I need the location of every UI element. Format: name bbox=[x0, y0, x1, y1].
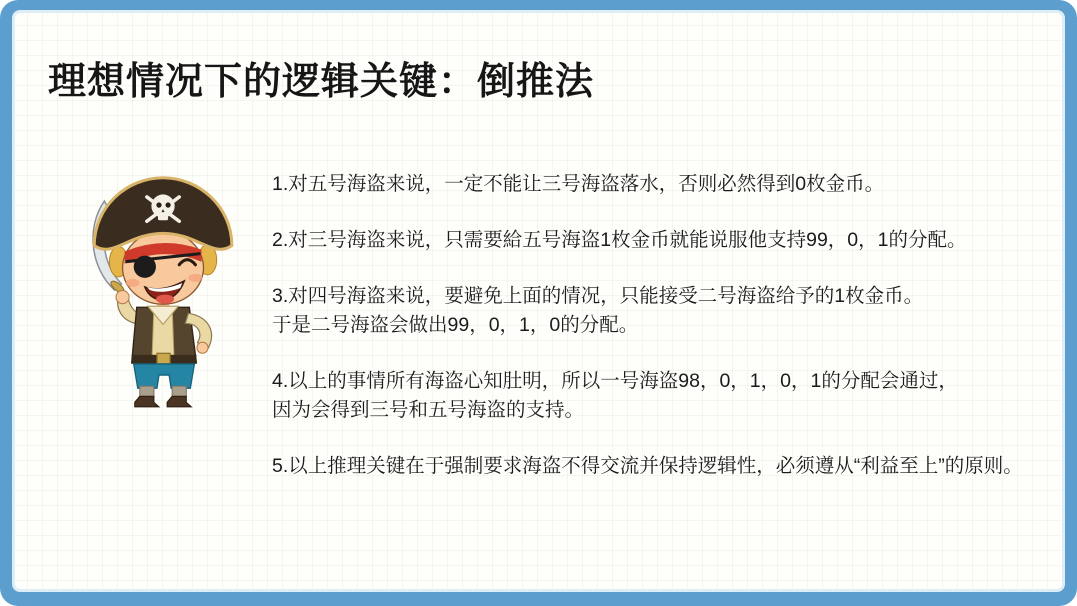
point-5-line-1: 5.以上推理关键在于强制要求海盗不得交流并保持逻辑性，必须遵从“利益至上”的原则… bbox=[272, 452, 1047, 481]
slide-border-frame: 理想情况下的逻辑关键：倒推法 bbox=[0, 0, 1077, 606]
point-2-line-1: 2.对三号海盗来说，只需要給五号海盗1枚金币就能说服他支持99，0，1的分配。 bbox=[272, 226, 1047, 255]
point-1-line-1: 1.对五号海盗来说，一定不能让三号海盗落水，否则必然得到0枚金币。 bbox=[272, 170, 1047, 199]
point-5: 5.以上推理关键在于强制要求海盗不得交流并保持逻辑性，必须遵从“利益至上”的原则… bbox=[272, 452, 1047, 481]
point-4-line-1: 4.以上的事情所有海盗心知肚明，所以一号海盗98，0，1，0，1的分配会通过， bbox=[272, 367, 1047, 396]
slide: 理想情况下的逻辑关键：倒推法 bbox=[0, 0, 1077, 606]
point-2: 2.对三号海盗来说，只需要給五号海盗1枚金币就能说服他支持99，0，1的分配。 bbox=[272, 226, 1047, 255]
point-3-line-2: 于是二号海盗会做出99，0，1，0的分配。 bbox=[272, 311, 1047, 340]
points-list: 1.对五号海盗来说，一定不能让三号海盗落水，否则必然得到0枚金币。 2.对三号海… bbox=[272, 170, 1047, 481]
point-1: 1.对五号海盗来说，一定不能让三号海盗落水，否则必然得到0枚金币。 bbox=[272, 170, 1047, 199]
point-4-line-2: 因为会得到三号和五号海盗的支持。 bbox=[272, 396, 1047, 425]
point-4: 4.以上的事情所有海盗心知肚明，所以一号海盗98，0，1，0，1的分配会通过， … bbox=[272, 367, 1047, 425]
slide-canvas: 理想情况下的逻辑关键：倒推法 bbox=[12, 10, 1065, 592]
point-3-line-1: 3.对四号海盗来说，要避免上面的情况，只能接受二号海盗给予的1枚金币。 bbox=[272, 282, 1047, 311]
pirate-illustration bbox=[74, 164, 246, 408]
slide-title: 理想情况下的逻辑关键：倒推法 bbox=[48, 50, 594, 105]
point-3: 3.对四号海盗来说，要避免上面的情况，只能接受二号海盗给予的1枚金币。 于是二号… bbox=[272, 282, 1047, 340]
